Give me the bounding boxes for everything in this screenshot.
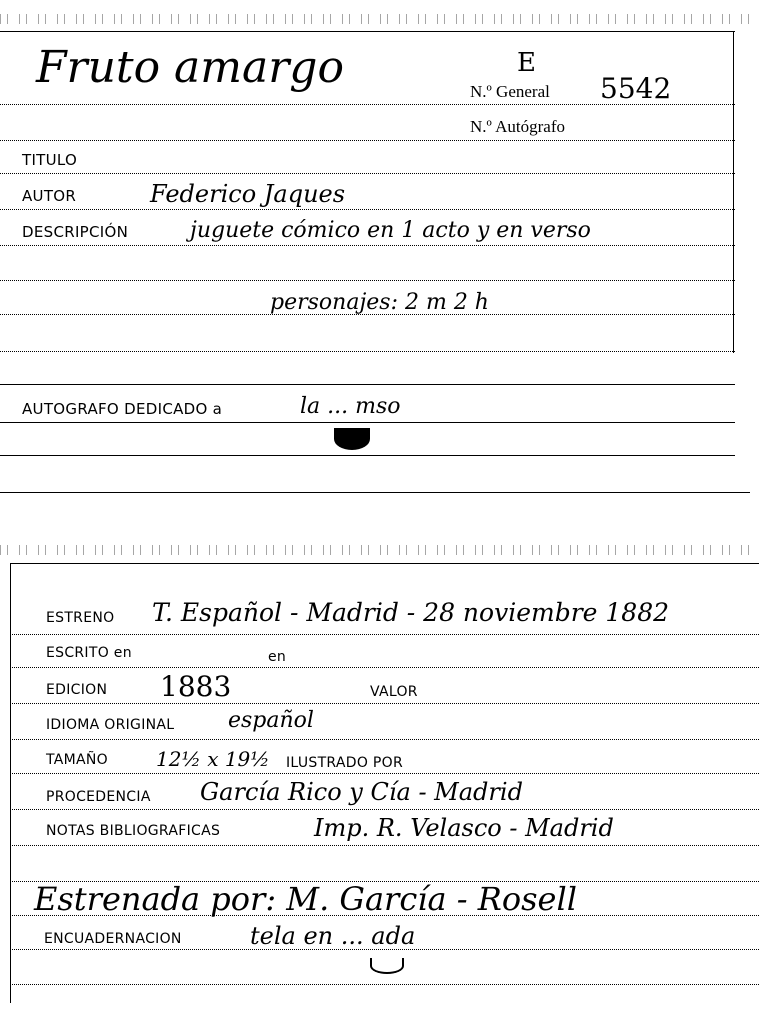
autografo-label: AUTOGRAFO DEDICADO a [22,400,222,418]
rule [0,245,735,246]
notas-value: Imp. R. Velasco - Madrid [314,814,614,842]
rule [10,703,759,704]
general-number-value: 5542 [600,72,671,105]
card-right-edge [733,31,734,353]
autor-label: AUTOR [22,187,76,205]
ink-mark [370,958,404,974]
descripcion-value-2: personajes: 2 m 2 h [270,290,489,315]
encuadernacion-value: tela en ... ada [250,922,415,950]
estrenada-note: Estrenada por: M. García - Rosell [34,880,577,918]
card-left-edge [10,563,11,1003]
autografo-value: la ... mso [300,394,401,419]
rule [10,739,759,740]
general-number-label: N.º General [470,82,550,102]
edicion-label: EDICION [46,682,107,698]
category-letter: E [517,48,536,78]
rule [0,455,735,456]
rule [0,209,735,210]
ilustrado-label: ILUSTRADO POR [286,755,403,771]
rule [10,984,759,985]
notas-label: NOTAS BIBLIOGRAFICAS [46,823,220,839]
procedencia-value: García Rico y Cía - Madrid [200,778,523,806]
descripcion-value-1: juguete cómico en 1 acto y en verso [190,218,591,243]
rule [0,280,735,281]
rule [10,845,759,846]
edicion-value: 1883 [160,670,231,703]
rule [10,634,759,635]
rule [0,422,735,423]
card-top-edge [0,31,735,32]
tamano-label: TAMAÑO [46,752,108,768]
rule [0,140,735,141]
rule [0,173,735,174]
rule [0,104,735,105]
card-bottom-edge [0,492,750,493]
rule [10,949,759,950]
card-top-edge [10,563,759,564]
autograph-number-label: N.º Autógrafo [470,117,565,137]
rule [0,384,735,385]
valor-label: VALOR [370,684,418,700]
estreno-label: ESTRENO [46,610,114,626]
tamano-value: 12½ x 19½ [156,747,270,771]
rule [10,809,759,810]
ink-smudge [334,428,370,450]
escrito-en2-label: en [268,649,286,665]
title-handwritten: Fruto amargo [36,42,344,93]
scan-noise-top [0,14,759,24]
autor-value: Federico Jaques [150,180,345,208]
rule [10,773,759,774]
rule [10,667,759,668]
rule [10,915,759,916]
titulo-label: TITULO [22,151,77,169]
estreno-value: T. Español - Madrid - 28 noviembre 1882 [152,598,669,627]
idioma-value: español [228,708,314,733]
escrito-label: ESCRITO en [46,645,132,661]
scan-noise-bottom [0,545,759,555]
descripcion-label: DESCRIPCIÓN [22,223,128,241]
encuadernacion-label: ENCUADERNACION [44,931,182,947]
rule [0,351,735,352]
idioma-label: IDIOMA ORIGINAL [46,717,174,733]
procedencia-label: PROCEDENCIA [46,789,151,805]
rule [0,314,735,315]
